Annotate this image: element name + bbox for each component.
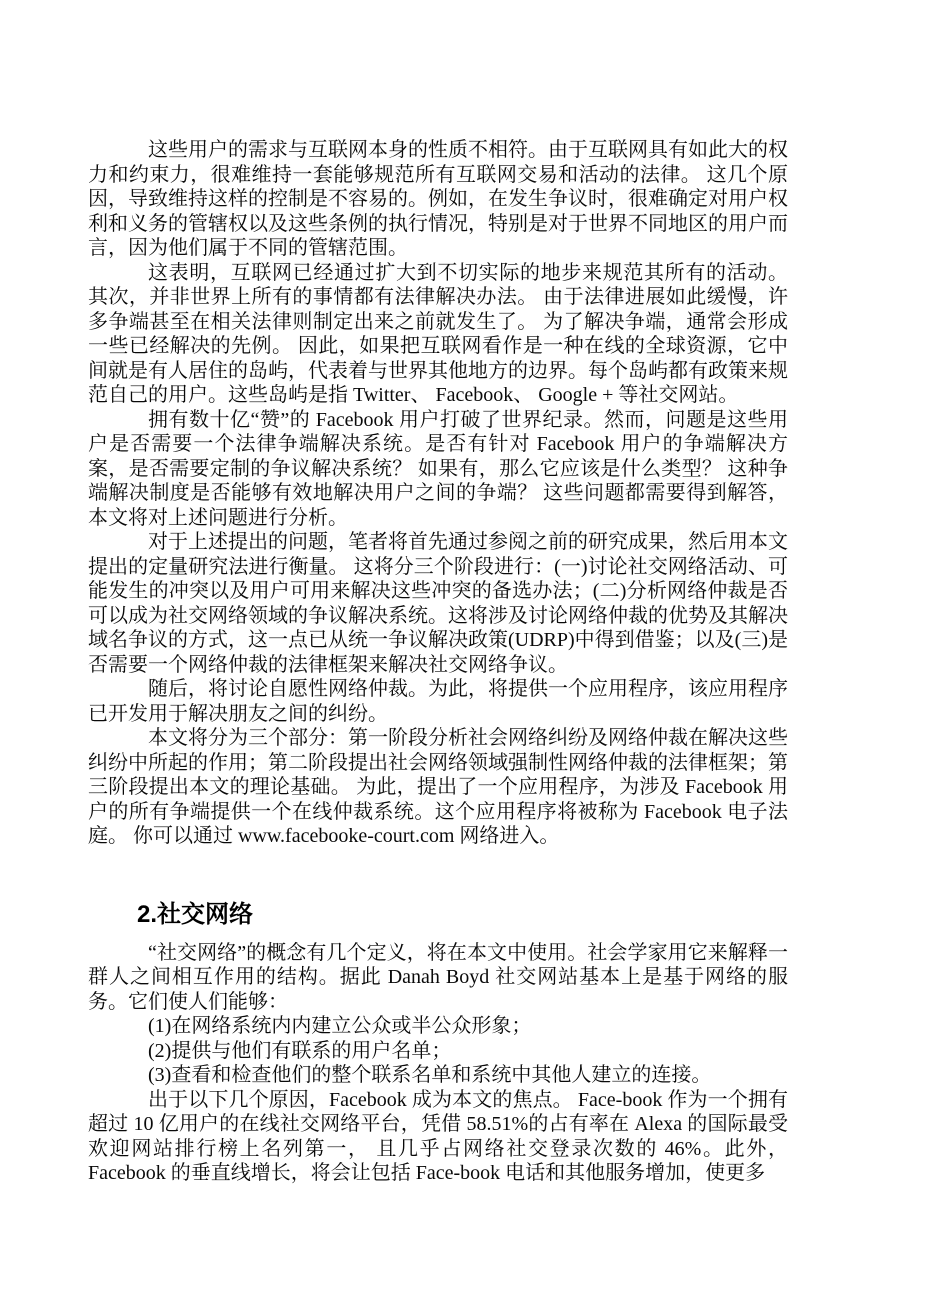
text-block: 这些用户的需求与互联网本身的性质不相符。由于互联网具有如此大的权力和约束力，很难…: [88, 138, 788, 1186]
intro-paragraph-1: 这些用户的需求与互联网本身的性质不相符。由于互联网具有如此大的权力和约束力，很难…: [88, 138, 788, 261]
numbered-list-item-1: (1)在网络系统内内建立公众或半公众形象；: [88, 1014, 788, 1039]
intro-paragraph-4: 对于上述提出的问题，笔者将首先通过参阅之前的研究成果，然后用本文提出的定量研究法…: [88, 530, 788, 677]
section-paragraph-1: “社交网络”的概念有几个定义，将在本文中使用。社会学家用它来解释一群人之间相互作…: [88, 941, 788, 1015]
section-heading: 2.社交网络: [88, 901, 788, 929]
numbered-list-item-3: (3)查看和检查他们的整个联系名单和系统中其他人建立的连接。: [88, 1063, 788, 1088]
intro-paragraph-5: 随后，将讨论自愿性网络仲裁。为此，将提供一个应用程序，该应用程序已开发用于解决朋…: [88, 677, 788, 726]
intro-paragraph-6: 本文将分为三个部分：第一阶段分析社会网络纠纷及网络仲裁在解决这些纠纷中所起的作用…: [88, 726, 788, 849]
intro-paragraph-2: 这表明，互联网已经通过扩大到不切实际的地步来规范其所有的活动。 其次，并非世界上…: [88, 261, 788, 408]
document-page: 这些用户的需求与互联网本身的性质不相符。由于互联网具有如此大的权力和约束力，很难…: [0, 0, 926, 1309]
intro-paragraph-3: 拥有数十亿“赞”的 Facebook 用户打破了世界纪录。然而，问题是这些用户是…: [88, 408, 788, 531]
section-paragraph-2: 出于以下几个原因，Facebook 成为本文的焦点。 Face-book 作为一…: [88, 1088, 788, 1186]
numbered-list-item-2: (2)提供与他们有联系的用户名单；: [88, 1039, 788, 1064]
